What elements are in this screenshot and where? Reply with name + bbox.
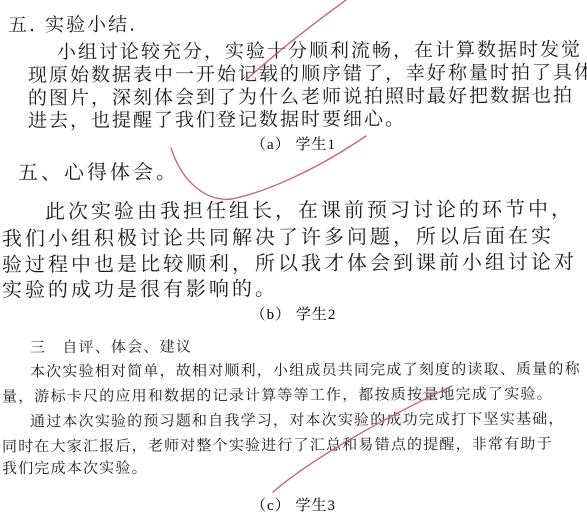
section1-heading: 五. 实验小结. — [8, 10, 137, 38]
section3-heading: 三 自评、体会、建议 — [30, 336, 192, 358]
section3-line: 同时在大家汇报后，老师对整个实验进行了汇总和易错点的提醒，非常有助于 — [2, 433, 553, 457]
section2-line: 实验的成功是很有影响的。 — [2, 272, 278, 302]
section2-heading: 五、心得体会。 — [18, 156, 179, 186]
section3-line: 量，游标卡尺的应用和数据的记录计算等等工作，都按质按量地完成了实验。 — [2, 383, 553, 407]
scanned-document-page: 五. 实验小结. 小组讨论较充分，实验十分顺利流畅，在计算数据时发觉 现原始数据… — [0, 0, 587, 520]
section3-line: 本次实验相对简单，故相对顺利，小组成员共同完成了刻度的读取、质量的称 — [30, 358, 581, 382]
caption-student2: （b） 学生2 — [0, 303, 587, 324]
section3-line: 我们完成本次实验。 — [2, 457, 148, 479]
caption-student1: （a） 学生1 — [0, 133, 587, 154]
section3-line: 通过本次实验的预习题和自我学习，对本次实验的成功完成打下坚实基础， — [30, 408, 565, 432]
section1-line: 进去，也提醒了我们登记数据时要细心。 — [28, 104, 406, 133]
caption-student3: （c） 学生3 — [0, 494, 587, 515]
